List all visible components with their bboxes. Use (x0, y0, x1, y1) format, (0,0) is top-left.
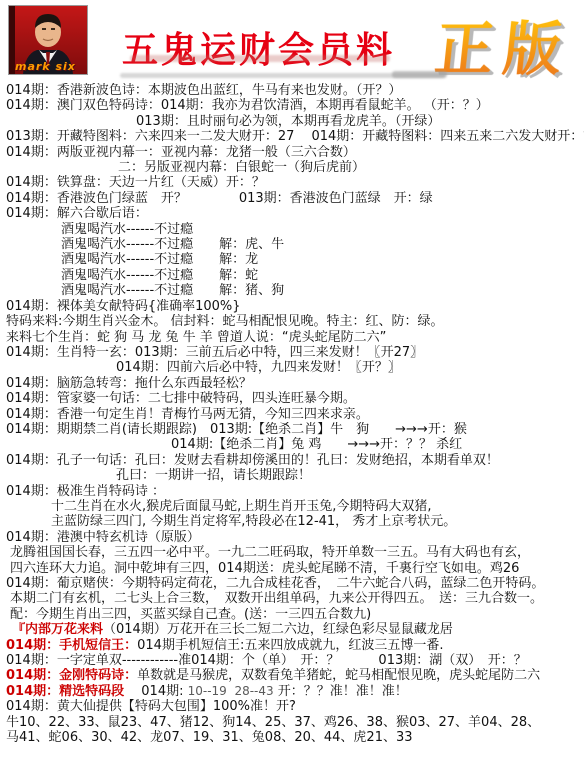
text-line: 酒鬼喝汽水------不过瘾 解：猪、狗 (6, 283, 584, 298)
text-segment: 014期：港澳中特玄机诗（原版） (6, 530, 200, 545)
text-segment: 014期：澳门双色特码诗：014期：我亦为君饮清酒，本期再看鼠蛇羊。 （开：？） (6, 98, 489, 113)
text-line: 014期：手机短信王：014期手机短信王:五来四放成就九，红波三五博一番. (6, 638, 584, 653)
text-segment: 十二生肖在水火,猴虎后面鼠马蛇,上期生肖开玉兔,今期特码大双猪, (51, 499, 432, 514)
text-line: 本期二门有玄机，二七头上合三数， 双数开出组单码，九来公开得四五。 送：三九合数… (6, 591, 584, 606)
text-line: 特码来料:今期生肖兴金木。 信封料：蛇马相配恨见晚。特主：红、防：绿。 (6, 314, 584, 329)
text-segment: 014期：四前六后必中特，九四来发财！〖开？〗 (116, 360, 401, 375)
text-line: 酒鬼喝汽水------不过瘾 解：虎、牛 (6, 237, 584, 252)
text-line: 酒鬼喝汽水------不过瘾 解：蛇 (6, 268, 584, 283)
text-segment: 本期二门有玄机，二七头上合三数， 双数开出组单码，九来公开得四五。 送：三九合数… (10, 591, 543, 606)
text-line: 牛10、22、33、鼠23、47、猪12、狗14、25、37、鸡26、38、猴0… (6, 715, 584, 730)
text-line: 014期：精选特码段 014期: 10--19 28--43 开：？？准！准！准… (6, 684, 584, 699)
text-line: 龙腾祖国国长春，三五四一必中平。一九二二旺码取，特开单数一三五。马有大码也有玄， (6, 545, 584, 560)
body-lines: 014期：香港新波色诗：本期波色出蓝红，牛马有来也发财。（开？）014期：澳门双… (6, 83, 584, 745)
text-line: 014期：极准生肖特码诗 ： (6, 484, 584, 499)
text-segment: 013期：且时丽句必为领，本期再看龙虎羊。（开绿） (136, 114, 440, 129)
text-line: 013期：且时丽句必为领，本期再看龙虎羊。（开绿） (6, 114, 584, 129)
text-segment: 014期：精选特码段 (6, 684, 124, 699)
text-segment: 014期：金刚特码诗： (6, 668, 137, 683)
text-line: 主蓝防绿三四门, 今期生肖定将军,特段必在12-41， 秀才上京考状元。 (6, 514, 584, 529)
text-line: 四六连环大力追。洞中乾坤有三四，014期送：虎头蛇尾睇不清，千裏行空飞如电。鸡2… (6, 561, 584, 576)
text-segment: 014期：孔子一句话：孔曰：发财去看耕却傍溪田的！孔曰：发财绝招，本期看单双！ (6, 453, 499, 468)
text-line: 014期：香港波色门绿蓝 开？ 013期：香港波色门蓝绿 开：绿 (6, 191, 584, 206)
text-line: 014期：解六合歇后语： (6, 206, 584, 221)
text-segment: 酒鬼喝汽水------不过瘾 解：虎、牛 (61, 237, 284, 252)
text-line: 014期：澳门双色特码诗：014期：我亦为君饮清酒，本期再看鼠蛇羊。 （开：？） (6, 98, 584, 113)
text-segment: 单数就是马猴虎，双数看兔羊猪蛇，蛇马相配恨见晚，虎头蛇尾防二六 (137, 668, 540, 683)
text-segment: 酒鬼喝汽水------不过瘾 解：猪、狗 (61, 283, 284, 298)
text-segment: 牛10、22、33、鼠23、47、猪12、狗14、25、37、鸡26、38、猴0… (6, 715, 540, 730)
watermark-smudge (392, 71, 447, 78)
text-segment: 014期：期期禁二肖(请长期跟踪) 013期:【绝杀二肖】牛 狗 →→→开：猴 (6, 422, 467, 437)
text-segment: 龙腾祖国国长春，三五四一必中平。一九二二旺码取，特开单数一三五。马有大码也有玄， (10, 545, 530, 560)
text-segment: 014期：脑筋急转弯：拖什么东西最轻松？ (6, 376, 252, 391)
text-segment: 酒鬼喝汽水------不过瘾 解：龙 (61, 252, 258, 267)
text-line: 014期：黄大仙提供【特码大包围】100%准！开? (6, 699, 584, 714)
text-segment: 014期: (124, 684, 187, 699)
text-line: 014期：管家婆一句话：二七排中破特码，四头连旺暴今期。 (6, 391, 584, 406)
text-segment: 014期：葡京赌侠：今期特码定荷花，二九合成桂花香， 二牛六蛇合八码，蓝绿二色开… (6, 576, 544, 591)
text-segment: 配：今期生肖出三四，买蓝买绿自己查。(送：一三四五合数九) (10, 607, 371, 622)
text-segment: 10--19 28--43 (188, 684, 274, 698)
text-line: 十二生肖在水火,猴虎后面鼠马蛇,上期生肖开玉兔,今期特码大双猪, (6, 499, 584, 514)
text-line: 014期：两版亚视内幕一：亚视内幕：龙猪一般（三六合数） (6, 145, 584, 160)
text-line: 来料七个生肖：蛇 狗 马 龙 兔 牛 羊 曾道人说：“虎头蛇尾防二六” (6, 330, 584, 345)
text-segment: 014期：手机短信王： (6, 638, 137, 653)
text-segment: 孔曰：一期讲一招，请长期跟踪！ (116, 468, 311, 483)
text-line: 014期：铁算盘：天边一片红（天威）开：？ (6, 175, 584, 190)
text-segment: 014期：铁算盘：天边一片红（天威）开：？ (6, 175, 265, 190)
text-segment: 014期：黄大仙提供【特码大包围】100%准！开? (6, 699, 296, 714)
text-segment: 主蓝防绿三四门, 今期生肖定将军,特段必在12-41， 秀才上京考状元。 (51, 514, 456, 529)
text-segment: 来料七个生肖：蛇 狗 马 龙 兔 牛 羊 曾道人说：“虎头蛇尾防二六” (6, 330, 386, 345)
photo-caption: mark six (15, 60, 76, 73)
text-line: 014期：裸体美女献特码{准确率100%} (6, 299, 584, 314)
text-line: 014期：葡京赌侠：今期特码定荷花，二九合成桂花香， 二牛六蛇合八码，蓝绿二色开… (6, 576, 584, 591)
text-segment: 马41、蛇06、30、42、龙07、19、31、兔08、20、44、虎21、33 (6, 730, 413, 745)
text-line: 配：今期生肖出三四，买蓝买绿自己查。(送：一三四五合数九) (6, 607, 584, 622)
text-line: 二：另版亚视内幕：白银蛇一（狗后虎前） (6, 160, 584, 175)
text-segment: 014期：解六合歇后语： (6, 206, 148, 221)
text-line: 014期：孔子一句话：孔曰：发财去看耕却傍溪田的！孔曰：发财绝招，本期看单双！ (6, 453, 584, 468)
text-segment: 014期：极准生肖特码诗 ： (6, 484, 165, 499)
text-line: 014期：香港一句定生肖！青梅竹马两无猜，今知三四来求亲。 (6, 407, 584, 422)
text-line: 『内部万花来料（014期）万花开在三长二短二六边，红绿色彩尽显鼠藏龙居 (6, 622, 584, 637)
text-segment: 酒鬼喝汽水------不过瘾 解：蛇 (61, 268, 258, 283)
text-line: 014期：四前六后必中特，九四来发财！〖开？〗 (6, 360, 584, 375)
text-segment: 开：？？准！准！准！ (274, 684, 408, 699)
text-line: 014期：生肖特一玄：013期：三前五后必中特，四三来发财！〖开27〗 (6, 345, 584, 360)
text-line: 014期：港澳中特玄机诗（原版） (6, 530, 584, 545)
text-segment: 014期：香港新波色诗：本期波色出蓝红，牛马有来也发财。（开？） (6, 83, 401, 98)
text-line: 014期：脑筋急转弯：拖什么东西最轻松？ (6, 376, 584, 391)
page-title: 五鬼运财会员料 (122, 22, 395, 73)
text-segment: 特码来料:今期生肖兴金木。 信封料：蛇马相配恨见晚。特主：红、防：绿。 (6, 314, 444, 329)
text-line: 酒鬼喝汽水------不过瘾 解：龙 (6, 252, 584, 267)
text-segment: 014期：管家婆一句话：二七排中破特码，四头连旺暴今期。 (6, 391, 356, 406)
text-segment: 014期：生肖特一玄：013期：三前五后必中特，四三来发财！〖开27〗 (6, 345, 423, 360)
text-line: 马41、蛇06、30、42、龙07、19、31、兔08、20、44、虎21、33 (6, 730, 584, 745)
text-segment: 014期：香港一句定生肖！青梅竹马两无猜，今知三四来求亲。 (6, 407, 369, 422)
text-line: 014期：期期禁二肖(请长期跟踪) 013期:【绝杀二肖】牛 狗 →→→开：猴 (6, 422, 584, 437)
watermark-smudge (130, 55, 390, 62)
text-segment: 013期：开藏特图料：六来四来一二发大财开：27 014期：开藏特图料：四来五来… (6, 129, 584, 144)
tip-sheet-page: mark six 五鬼运财会员料 正版 014期：香港新波色诗：本期波色出蓝红，… (0, 0, 587, 758)
text-segment: 二：另版亚视内幕：白银蛇一（狗后虎前） (118, 160, 365, 175)
text-segment: 『内部万花来料 (12, 622, 103, 637)
text-segment: 酒鬼喝汽水------不过瘾 (61, 222, 193, 237)
text-segment: （014期）万花开在三长二短二六边，红绿色彩尽显鼠藏龙居 (103, 622, 453, 637)
text-line: 酒鬼喝汽水------不过瘾 (6, 222, 584, 237)
text-line: 014期:【绝杀二肖】兔 鸡 →→→开：？？ 杀红 (6, 437, 584, 452)
text-segment: 四六连环大力追。洞中乾坤有三四，014期送：虎头蛇尾睇不清，千裏行空飞如电。鸡2… (10, 561, 519, 576)
authenticity-badge: 正版 (432, 2, 577, 86)
text-segment: 014期：一字定单双------------准014期：个（单） 开：？ 013… (6, 653, 527, 668)
text-line: 014期：金刚特码诗：单数就是马猴虎，双数看兔羊猪蛇，蛇马相配恨见晚，虎头蛇尾防… (6, 668, 584, 683)
text-segment: 014期：两版亚视内幕一：亚视内幕：龙猪一般（三六合数） (6, 145, 356, 160)
publisher-photo: mark six (8, 5, 88, 75)
text-line: 013期：开藏特图料：六来四来一二发大财开：27 014期：开藏特图料：四来五来… (6, 129, 584, 144)
text-segment: 014期：香港波色门绿蓝 开？ 013期：香港波色门蓝绿 开：绿 (6, 191, 433, 206)
text-segment: 014期手机短信王:五来四放成就九，红波三五博一番. (137, 638, 443, 653)
text-line: 014期：一字定单双------------准014期：个（单） 开：？ 013… (6, 653, 584, 668)
text-segment: 014期：裸体美女献特码{准确率100%} (6, 299, 241, 314)
text-line: 孔曰：一期讲一招，请长期跟踪！ (6, 468, 584, 483)
text-segment: 014期:【绝杀二肖】兔 鸡 →→→开：？？ 杀红 (171, 437, 462, 452)
text-line: 014期：香港新波色诗：本期波色出蓝红，牛马有来也发财。（开？） (6, 83, 584, 98)
